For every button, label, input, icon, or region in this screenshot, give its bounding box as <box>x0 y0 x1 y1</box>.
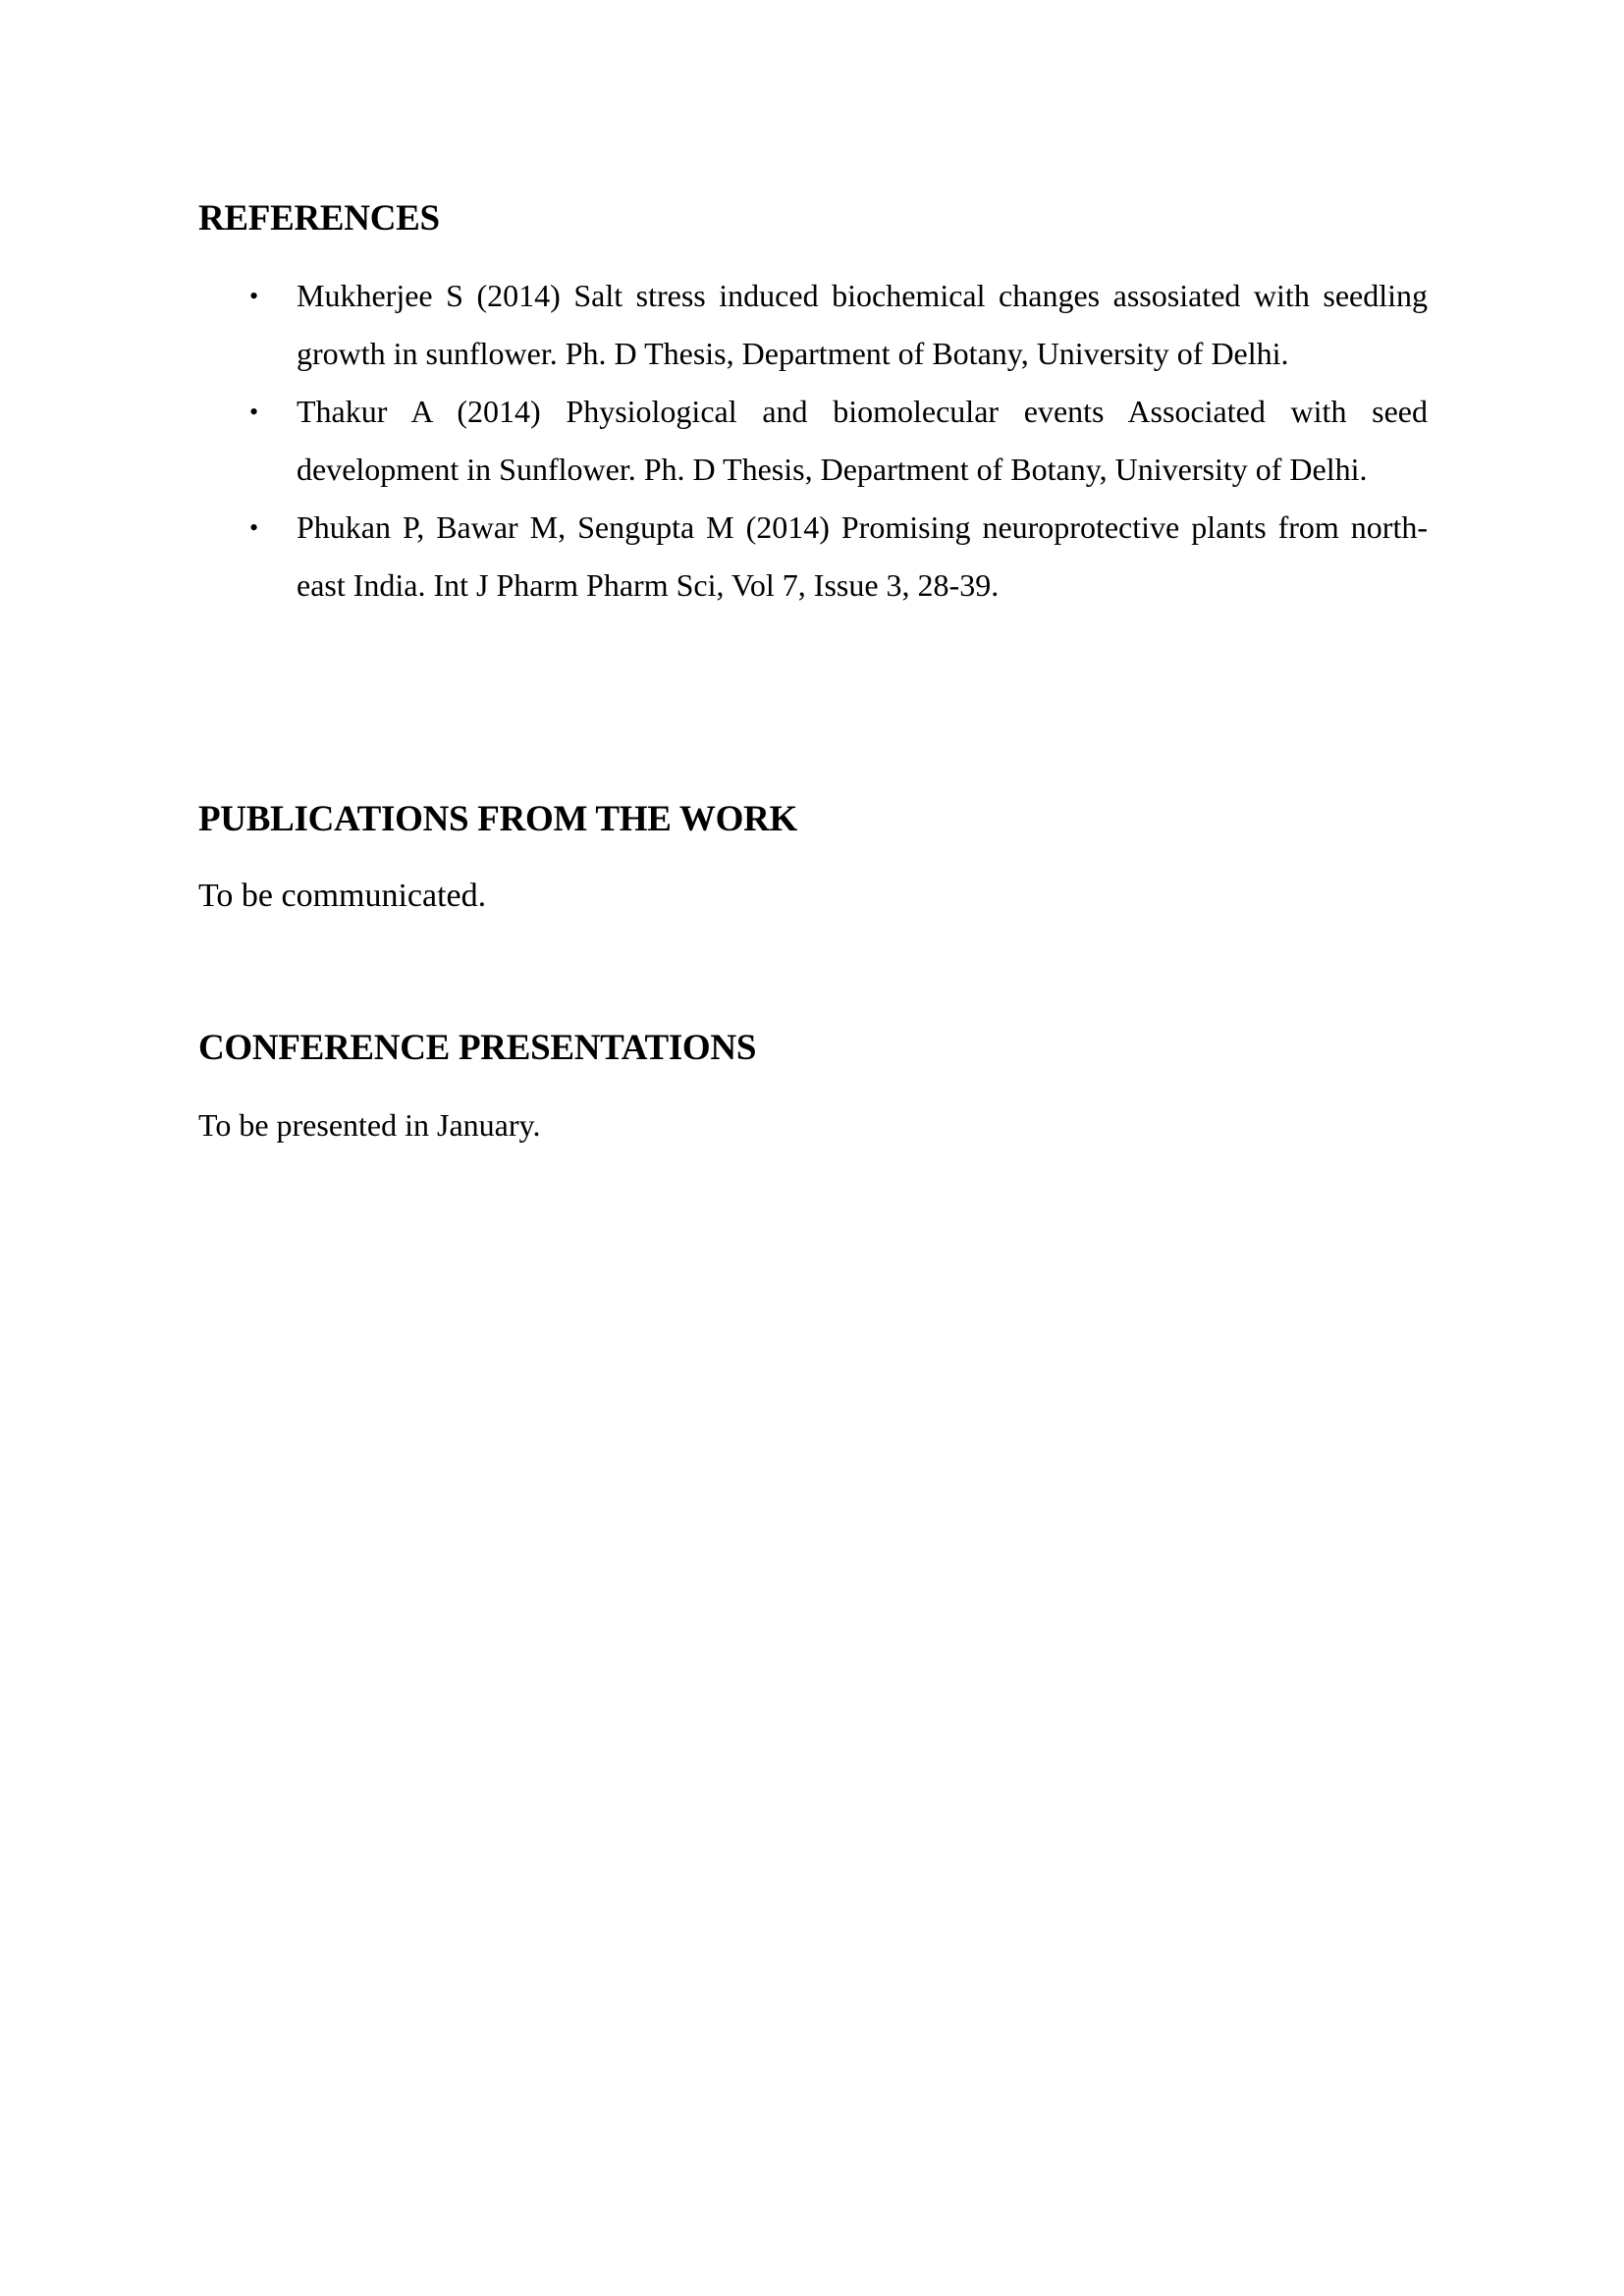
reference-item: • Thakur A (2014) Physiological and biom… <box>198 383 1428 499</box>
reference-text: Phukan P, Bawar M, Sengupta M (2014) Pro… <box>297 509 1428 603</box>
references-list: • Mukherjee S (2014) Salt stress induced… <box>198 267 1428 614</box>
bullet-icon: • <box>249 267 258 325</box>
publications-heading: PUBLICATIONS FROM THE WORK <box>198 800 797 839</box>
conference-heading: CONFERENCE PRESENTATIONS <box>198 1029 756 1068</box>
publications-text: To be communicated. <box>198 877 486 916</box>
reference-item: • Mukherjee S (2014) Salt stress induced… <box>198 267 1428 383</box>
references-heading: REFERENCES <box>198 199 440 239</box>
bullet-icon: • <box>249 499 258 557</box>
reference-text: Mukherjee S (2014) Salt stress induced b… <box>297 278 1428 371</box>
conference-text: To be presented in January. <box>198 1105 540 1145</box>
bullet-icon: • <box>249 383 258 441</box>
reference-text: Thakur A (2014) Physiological and biomol… <box>297 394 1428 487</box>
reference-item: • Phukan P, Bawar M, Sengupta M (2014) P… <box>198 499 1428 614</box>
